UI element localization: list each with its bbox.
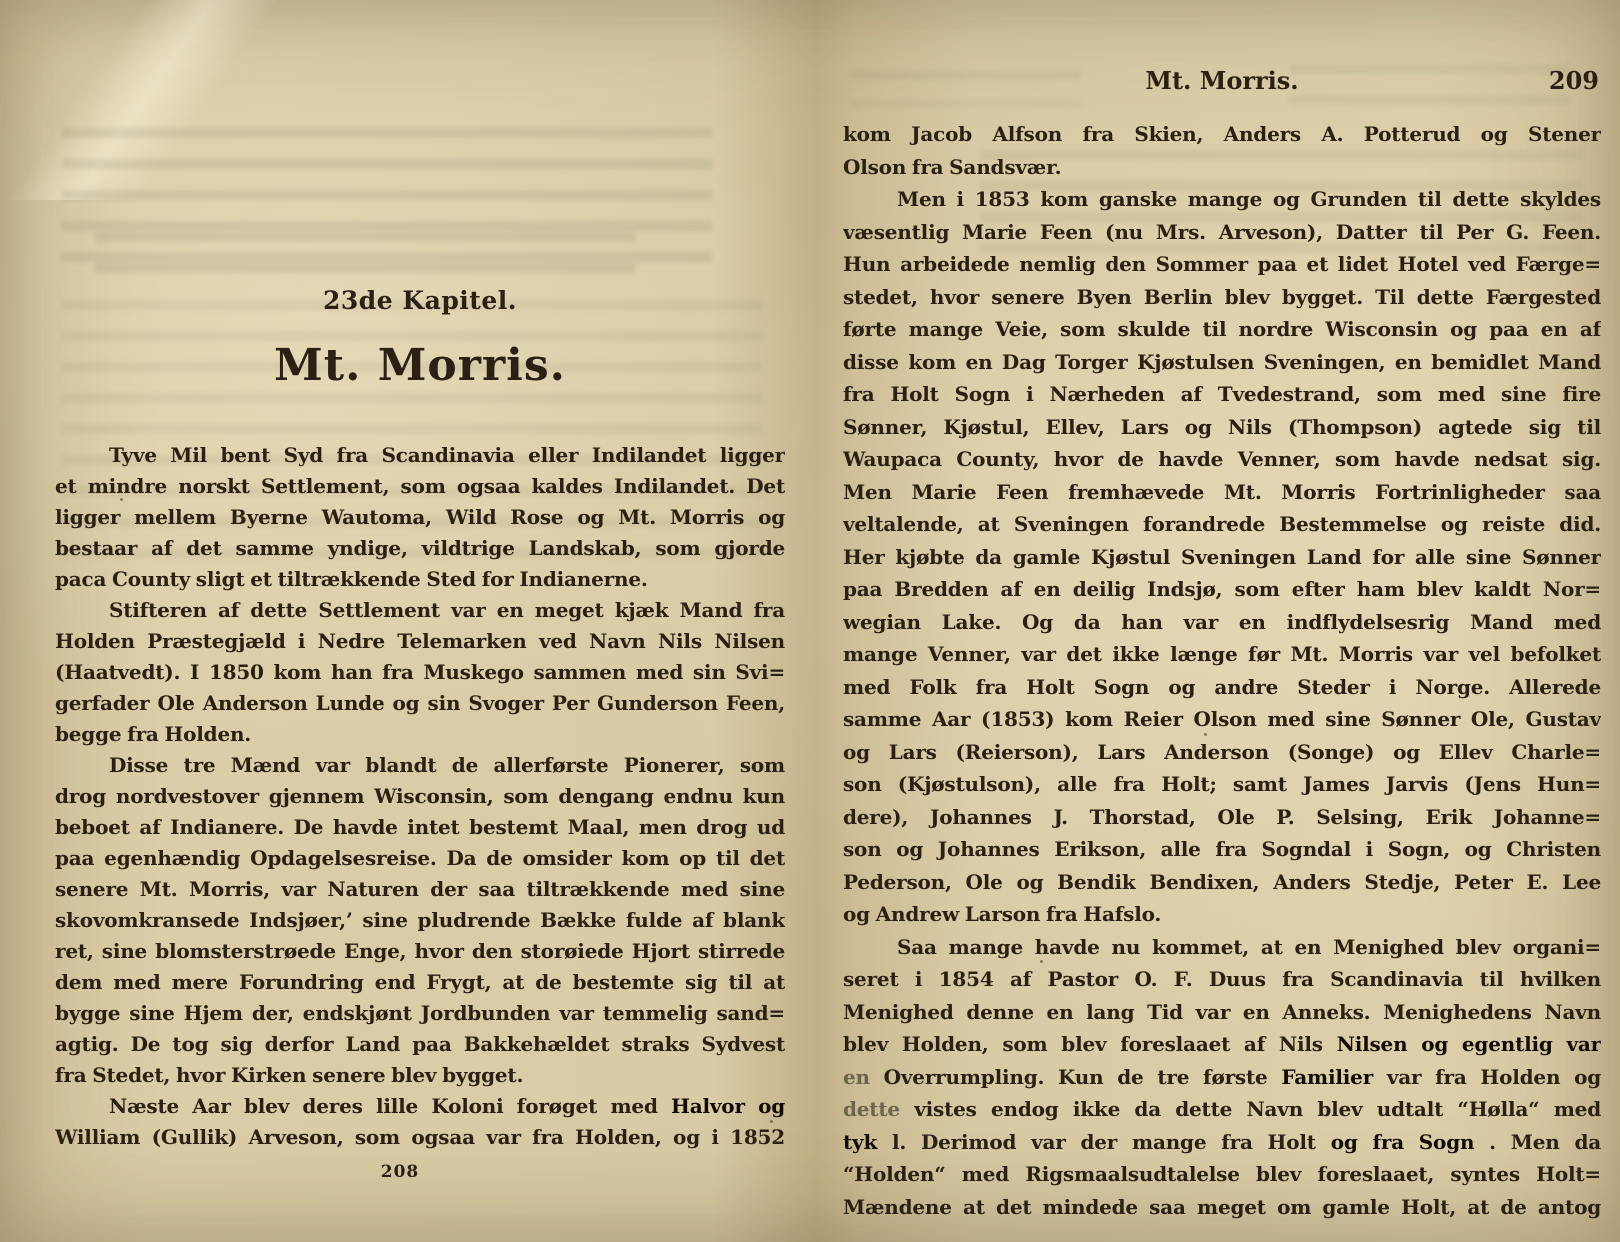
paragraph: Disse tre Mænd var blandt de allerførste… — [55, 750, 785, 1091]
left-page-text: Tyve Mil bent Syd fra Scandinavia eller … — [55, 440, 785, 1153]
text-segment: Hun arbeidede nemlig den Sommer paa et l… — [843, 252, 1601, 276]
text-line: og Lars (Reierson), Lars Anderson (Songe… — [843, 736, 1601, 769]
text-segment-light: dette — [843, 1097, 900, 1121]
text-line: Waupaca County, hvor de havde Venner, so… — [843, 443, 1601, 476]
text-line: Holden Præstegjæld i Nedre Telemarken ve… — [55, 626, 785, 657]
text-line: stedet, hvor senere Byen Berlin blev byg… — [843, 281, 1601, 314]
text-line: fra Stedet, hvor Kirken senere blev bygg… — [55, 1060, 785, 1091]
text-line: wegian Lake. Og da han var en indflydels… — [843, 606, 1601, 639]
text-segment: . Men da — [1474, 1130, 1601, 1154]
text-segment: Sønner, Kjøstul, Ellev, Lars og Nils (Th… — [843, 415, 1601, 439]
text-segment: drog nordvestover gjennem Wisconsin, som… — [55, 784, 785, 812]
text-segment-heavy: Familier — [1281, 1065, 1373, 1089]
text-segment: vistes endog ikke da dette Navn blev udt… — [900, 1097, 1601, 1121]
text-line: Men i 1853 kom ganske mange og Grunden t… — [843, 183, 1601, 216]
text-segment: Overrumpling. Kun de tre første — [870, 1065, 1281, 1089]
text-segment: disse kom en Dag Torger Kjøstulsen Sveni… — [843, 350, 1601, 374]
text-segment: stedet, hvor senere Byen Berlin blev byg… — [843, 285, 1601, 309]
text-line: med Folk fra Holt Sogn og andre Steder i… — [843, 671, 1601, 704]
text-segment: “Holden“ med Rigsmaalsudtalelse blev for… — [843, 1162, 1601, 1186]
text-segment: Menighed denne en lang Tid var en Anneks… — [843, 1000, 1601, 1024]
text-line: gerfader Ole Anderson Lunde og sin Svoge… — [55, 688, 785, 719]
text-line: Hun arbeidede nemlig den Sommer paa et l… — [843, 248, 1601, 281]
text-segment: beboet af Indianere. De havde intet best… — [55, 815, 785, 839]
paragraph: Tyve Mil bent Syd fra Scandinavia eller … — [55, 440, 785, 595]
text-line: mange Venner, var det ikke længe før Mt.… — [843, 638, 1601, 671]
text-segment: paa Bredden af en deilig Indsjø, som eft… — [843, 577, 1601, 601]
text-line: Disse tre Mænd var blandt de allerførste… — [55, 750, 785, 781]
text-segment: son og Johannes Erikson, alle fra Sognda… — [843, 837, 1601, 861]
text-segment: væsentlig Marie Feen (nu Mrs. Arveson), … — [843, 220, 1601, 244]
text-segment-heavy: tyk — [843, 1130, 877, 1154]
text-line: Men Marie Feen fremhævede Mt. Morris For… — [843, 476, 1601, 509]
text-line: veltalende, at Sveningen forandrede Best… — [843, 508, 1601, 541]
text-line: ret, sine blomsterstrøede Enge, hvor den… — [55, 936, 785, 967]
right-page-text: kom Jacob Alfson fra Skien, Anders A. Po… — [843, 118, 1601, 1223]
text-line: Saa mange havde nu kommet, at en Menighe… — [843, 931, 1601, 964]
text-segment: bygge sine Hjem der, endskjønt Jordbunde… — [55, 1001, 785, 1025]
text-segment-heavy: Nilsen og egentlig var — [1337, 1032, 1601, 1056]
text-line: agtig. De tog sig derfor Land paa Bakkeh… — [55, 1029, 785, 1060]
text-segment: son (Kjøstulson), alle fra Holt; samt Ja… — [843, 772, 1601, 796]
text-line: dette vistes endog ikke da dette Navn bl… — [843, 1093, 1601, 1126]
text-line: son (Kjøstulson), alle fra Holt; samt Ja… — [843, 768, 1601, 801]
text-line: seret i 1854 af Pastor O. F. Duus fra Sc… — [843, 963, 1601, 996]
text-line: William (Gullik) Arveson, som ogsaa var … — [55, 1122, 785, 1153]
text-segment: paa egenhændig Opdagelsesreise. Da de om… — [55, 846, 785, 870]
page-number-left: 208 — [55, 1162, 745, 1182]
text-segment: Holden Præstegjæld i Nedre Telemarken ve… — [55, 629, 785, 653]
text-segment: Tyve Mil bent Syd fra Scandinavia eller … — [109, 443, 785, 467]
bleedthrough-ghost — [62, 128, 712, 278]
text-line: (Haatvedt). I 1850 kom han fra Muskego s… — [55, 657, 785, 688]
running-header: Mt. Morris. — [843, 66, 1601, 95]
text-segment-heavy: Halvor og — [671, 1094, 785, 1118]
text-segment: Næste Aar blev deres lille Koloni forøge… — [109, 1094, 671, 1118]
text-segment: Mændene at det mindede saa meget om gaml… — [843, 1195, 1601, 1219]
text-line: paa Bredden af en deilig Indsjø, som eft… — [843, 573, 1601, 606]
text-segment: var fra Holden og — [1373, 1065, 1601, 1089]
text-line: Olson fra Sandsvær. — [843, 151, 1601, 184]
text-segment: og Andrew Larson fra Hafslo. — [843, 902, 1161, 926]
text-line: dem med mere Forundring end Frygt, at de… — [55, 967, 785, 998]
text-segment: Olson fra Sandsvær. — [843, 155, 1061, 179]
text-segment: ligger mellem Byerne Wautoma, Wild Rose … — [55, 505, 785, 529]
text-line: begge fra Holden. — [55, 719, 785, 750]
text-segment: wegian Lake. Og da han var en indflydels… — [843, 610, 1601, 634]
text-line: Tyve Mil bent Syd fra Scandinavia eller … — [55, 440, 785, 471]
text-segment: Men i 1853 kom ganske mange og Grunden t… — [897, 187, 1601, 211]
text-segment: bestaar af det samme yndige, vildtrige L… — [55, 536, 785, 564]
text-segment: agtig. De tog sig derfor Land paa Bakkeh… — [55, 1032, 785, 1056]
text-segment: fra Stedet, hvor Kirken senere blev bygg… — [55, 1063, 523, 1087]
text-segment: Pederson, Ole og Bendik Bendixen, Anders… — [843, 870, 1601, 894]
text-line: og Andrew Larson fra Hafslo. — [843, 898, 1601, 931]
page-number-right: 209 — [1549, 66, 1599, 95]
text-segment: Disse tre Mænd var blandt de allerførste… — [109, 753, 785, 777]
text-line: Næste Aar blev deres lille Koloni forøge… — [55, 1091, 785, 1122]
text-segment: veltalende, at Sveningen forandrede Best… — [843, 512, 1601, 536]
text-segment: et mindre norskt Settlement, som ogsaa k… — [55, 474, 785, 498]
text-segment: Waupaca County, hvor de havde Venner, so… — [843, 447, 1601, 471]
text-segment: senere Mt. Morris, var Naturen der saa t… — [55, 877, 785, 901]
paragraph: Næste Aar blev deres lille Koloni forøge… — [55, 1091, 785, 1153]
page-curl-highlight — [0, 0, 380, 200]
text-line: paca County sligt et tiltrækkende Sted f… — [55, 564, 785, 595]
text-segment: med Folk fra Holt Sogn og andre Steder i… — [843, 675, 1601, 699]
text-line: en Overrumpling. Kun de tre første Famil… — [843, 1061, 1601, 1094]
text-segment: ret, sine blomsterstrøede Enge, hvor den… — [55, 939, 785, 967]
text-segment: og Lars (Reierson), Lars Anderson (Songe… — [843, 740, 1601, 764]
text-segment: paca County sligt et tiltrækkende Sted f… — [55, 567, 648, 591]
text-line: senere Mt. Morris, var Naturen der saa t… — [55, 874, 785, 905]
paragraph: Saa mange havde nu kommet, at en Menighe… — [843, 931, 1601, 1224]
text-line: fra Holt Sogn i Nærheden af Tvedestrand,… — [843, 378, 1601, 411]
text-line: son og Johannes Erikson, alle fra Sognda… — [843, 833, 1601, 866]
text-segment: blev Holden, som blev foreslaaet af Nils — [843, 1032, 1337, 1056]
text-line: væsentlig Marie Feen (nu Mrs. Arveson), … — [843, 216, 1601, 249]
text-segment: dere), Johannes J. Thorstad, Ole P. Sels… — [843, 805, 1601, 829]
text-segment: Stifteren af dette Settlement var en meg… — [109, 598, 785, 622]
text-segment: førte mange Veie, som skulde til nordre … — [843, 317, 1601, 341]
paragraph: Men i 1853 kom ganske mange og Grunden t… — [843, 183, 1601, 931]
text-segment: Her kjøbte da gamle Kjøstul Sveningen La… — [843, 545, 1601, 569]
text-segment: kom Jacob Alfson fra Skien, Anders A. Po… — [843, 122, 1601, 146]
text-line: “Holden“ med Rigsmaalsudtalelse blev for… — [843, 1158, 1601, 1191]
text-line: skovomkransede Indsjøer,’ sine pludrende… — [55, 905, 785, 936]
text-line: dere), Johannes J. Thorstad, Ole P. Sels… — [843, 801, 1601, 834]
text-segment: seret i 1854 af Pastor O. F. Duus fra Sc… — [843, 967, 1601, 991]
text-line: ligger mellem Byerne Wautoma, Wild Rose … — [55, 502, 785, 533]
text-segment: Men Marie Feen fremhævede Mt. Morris For… — [843, 480, 1601, 504]
text-segment: l. Derimod var der mange fra Holt — [877, 1130, 1331, 1154]
text-line: beboet af Indianere. De havde intet best… — [55, 812, 785, 843]
text-segment: mange Venner, var det ikke længe før Mt.… — [843, 642, 1601, 666]
book-scan: 23de Kapitel. Mt. Morris. Tyve Mil bent … — [0, 0, 1620, 1242]
text-segment-heavy: og fra Sogn — [1331, 1130, 1475, 1154]
text-line: Mændene at det mindede saa meget om gaml… — [843, 1191, 1601, 1224]
text-line: bygge sine Hjem der, endskjønt Jordbunde… — [55, 998, 785, 1029]
text-line: bestaar af det samme yndige, vildtrige L… — [55, 533, 785, 564]
paragraph: Stifteren af dette Settlement var en meg… — [55, 595, 785, 750]
text-line: Stifteren af dette Settlement var en meg… — [55, 595, 785, 626]
text-line: drog nordvestover gjennem Wisconsin, som… — [55, 781, 785, 812]
text-segment: Saa mange havde nu kommet, at en Menighe… — [897, 935, 1601, 959]
chapter-heading: 23de Kapitel. — [55, 286, 785, 315]
text-line: Pederson, Ole og Bendik Bendixen, Anders… — [843, 866, 1601, 899]
text-segment: William (Gullik) Arveson, som ogsaa var … — [55, 1125, 785, 1149]
text-line: Menighed denne en lang Tid var en Anneks… — [843, 996, 1601, 1029]
paragraph: kom Jacob Alfson fra Skien, Anders A. Po… — [843, 118, 1601, 183]
text-line: blev Holden, som blev foreslaaet af Nils… — [843, 1028, 1601, 1061]
text-segment: fra Holt Sogn i Nærheden af Tvedestrand,… — [843, 382, 1601, 406]
text-line: tyk l. Derimod var der mange fra Holt og… — [843, 1126, 1601, 1159]
text-segment: dem med mere Forundring end Frygt, at de… — [55, 970, 785, 994]
text-segment: begge fra Holden. — [55, 722, 251, 746]
text-line: førte mange Veie, som skulde til nordre … — [843, 313, 1601, 346]
text-line: Sønner, Kjøstul, Ellev, Lars og Nils (Th… — [843, 411, 1601, 444]
text-segment: (Haatvedt). I 1850 kom han fra Muskego s… — [55, 660, 785, 684]
text-line: kom Jacob Alfson fra Skien, Anders A. Po… — [843, 118, 1601, 151]
text-line: samme Aar (1853) kom Reier Olson med sin… — [843, 703, 1601, 736]
text-segment: skovomkransede Indsjøer,’ sine pludrende… — [55, 908, 785, 936]
text-line: disse kom en Dag Torger Kjøstulsen Sveni… — [843, 346, 1601, 379]
text-line: et mindre norskt Settlement, som ogsaa k… — [55, 471, 785, 502]
text-segment: gerfader Ole Anderson Lunde og sin Svoge… — [55, 691, 785, 715]
bleedthrough-ghost — [95, 232, 635, 276]
page-title: Mt. Morris. — [55, 340, 785, 391]
text-line: Her kjøbte da gamle Kjøstul Sveningen La… — [843, 541, 1601, 574]
text-segment: samme Aar (1853) kom Reier Olson med sin… — [843, 707, 1601, 731]
text-segment-light: en — [843, 1065, 870, 1089]
text-line: paa egenhændig Opdagelsesreise. Da de om… — [55, 843, 785, 874]
